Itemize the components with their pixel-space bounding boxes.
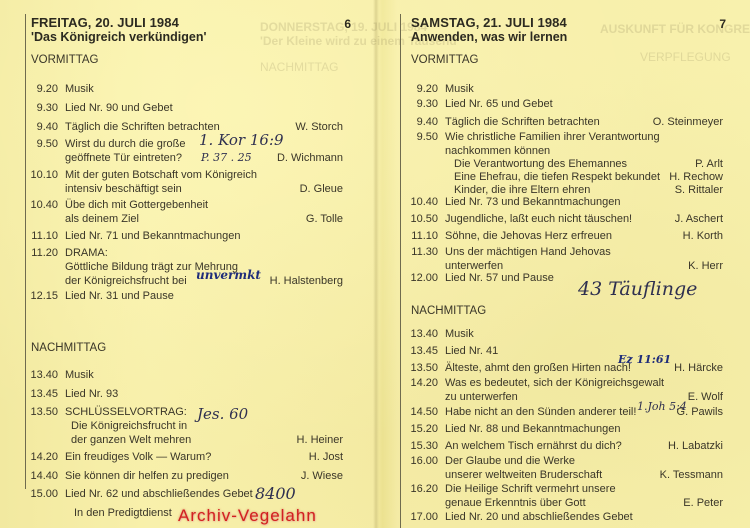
item-time: 11.20 <box>30 246 58 260</box>
item-description: Lied Nr. 90 und Gebet <box>65 101 173 115</box>
item-speaker: J. Wiese <box>301 469 343 483</box>
section-heading-morning: VORMITTAG <box>31 54 99 66</box>
handwritten-note: Ez 11:61 <box>618 353 671 366</box>
item-description: Musik <box>445 82 474 96</box>
item-speaker: E. Peter <box>683 496 723 510</box>
item-time: 11.10 <box>410 229 438 243</box>
item-description: An welchem Tisch ernährst du dich? <box>445 439 622 453</box>
item-description: Die Königreichsfrucht in <box>65 419 191 433</box>
item-speaker: H. Härcke <box>674 361 723 375</box>
item-speaker: K. Herr <box>688 259 723 273</box>
item-time: 11.10 <box>30 229 58 243</box>
item-description: zu unterwerfen <box>445 390 664 404</box>
item-description: nachkommen können <box>445 144 660 158</box>
section-heading-morning: VORMITTAG <box>411 54 479 66</box>
item-speaker: W. Storch <box>295 120 343 134</box>
item-time: 13.45 <box>410 344 438 358</box>
item-description: Übe dich mit Gottergebenheit <box>65 198 208 212</box>
handwritten-note: 1.Joh 5:4 <box>637 400 687 413</box>
item-description: Habe nicht an den Sünden anderer teil! <box>445 405 636 419</box>
item-time: 13.40 <box>410 327 438 341</box>
item-time: 13.45 <box>30 387 58 401</box>
handwritten-note: 1. Kor 16:9 <box>199 131 284 149</box>
item-speaker: J. Aschert <box>675 212 723 226</box>
subpart-speaker: S. Rittaler <box>675 183 723 197</box>
item-time: 12.15 <box>30 289 58 303</box>
item-description: als deinem Ziel <box>65 212 208 226</box>
item-description: Lied Nr. 31 und Pause <box>65 289 174 303</box>
item-speaker: G. Tolle <box>306 212 343 226</box>
item-description: Mit der guten Botschaft vom Königreich <box>65 168 257 182</box>
page-header: FREITAG, 20. JULI 1984 'Das Königreich v… <box>31 15 351 45</box>
item-description: Wie christliche Familien ihrer Verantwor… <box>445 130 660 144</box>
item-description: Lied Nr. 57 und Pause <box>445 271 554 285</box>
item-time: 14.20 <box>30 450 58 464</box>
item-time: 15.00 <box>30 487 58 501</box>
item-time: 13.50 <box>410 361 438 375</box>
page-rule <box>25 14 26 489</box>
item-description: intensiv beschäftigt sein <box>65 182 257 196</box>
item-description: Lied Nr. 62 und abschließendes Gebet <box>65 487 253 501</box>
item-description: Was es bedeutet, sich der Königreichsgew… <box>445 376 664 390</box>
handwritten-note: unvermkt <box>196 268 261 282</box>
item-time: 14.50 <box>410 405 438 419</box>
item-speaker: H. Korth <box>683 229 723 243</box>
item-time: 17.00 <box>410 510 438 524</box>
page-rule <box>400 14 401 528</box>
subpart-title: Die Verantwortung des Ehemannes <box>454 157 627 171</box>
page-subtitle: Anwenden, was wir lernen <box>411 30 726 45</box>
item-speaker: H. Heiner <box>297 433 343 447</box>
item-time: 9.30 <box>30 101 58 115</box>
item-description: Lied Nr. 41 <box>445 344 498 358</box>
page-number: 6 <box>344 17 351 31</box>
item-time: 15.20 <box>410 422 438 436</box>
item-time: 9.20 <box>30 82 58 96</box>
item-speaker: K. Tessmann <box>660 468 723 482</box>
item-time: 10.40 <box>30 198 58 212</box>
item-time: 11.30 <box>410 245 438 259</box>
item-description: Lied Nr. 20 und abschließendes Gebet <box>445 510 633 524</box>
handwritten-note: P. 37 . 25 <box>201 151 252 164</box>
section-heading-afternoon: NACHMITTAG <box>31 342 106 354</box>
item-time: 9.50 <box>30 137 58 151</box>
subpart-title: Kinder, die ihre Eltern ehren <box>454 183 590 197</box>
item-time: 15.30 <box>410 439 438 453</box>
item-description: Ein freudiges Volk — Warum? <box>65 450 211 464</box>
page-subtitle: 'Das Königreich verkündigen' <box>31 30 351 45</box>
item-description: Jugendliche, laßt euch nicht täuschen! <box>445 212 632 226</box>
item-time: 13.40 <box>30 368 58 382</box>
item-time: 9.40 <box>410 115 438 129</box>
item-speaker: H. Labatzki <box>668 439 723 453</box>
item-description: Der Glaube und die Werke <box>445 454 602 468</box>
item-time: 16.20 <box>410 482 438 496</box>
item-description: Lied Nr. 71 und Bekanntmachungen <box>65 229 241 243</box>
page-number: 7 <box>719 17 726 31</box>
item-description: der ganzen Welt mehren <box>65 433 191 447</box>
subpart-speaker: H. Rechow <box>669 170 723 184</box>
left-page: FREITAG, 20. JULI 1984 'Das Königreich v… <box>0 0 375 528</box>
item-description: Die Heilige Schrift vermehrt unsere <box>445 482 616 496</box>
item-speaker: H. Jost <box>309 450 343 464</box>
page-title: SAMSTAG, 21. JULI 1984 <box>411 15 726 30</box>
handwritten-note: Jes. 60 <box>197 405 248 423</box>
page-header: SAMSTAG, 21. JULI 1984 Anwenden, was wir… <box>411 15 726 45</box>
item-description: Wirst du durch die große <box>65 137 185 151</box>
item-time: 16.00 <box>410 454 438 468</box>
item-description: Söhne, die Jehovas Herz erfreuen <box>445 229 612 243</box>
item-time: 10.10 <box>30 168 58 182</box>
item-description: Lied Nr. 65 und Gebet <box>445 97 553 111</box>
item-description: Lied Nr. 73 und Bekanntmachungen <box>445 195 621 209</box>
item-time: 14.20 <box>410 376 438 390</box>
watermark: Archiv-Vegelahn <box>178 506 317 526</box>
item-description: SCHLÜSSELVORTRAG: <box>65 405 191 419</box>
item-description: Sie können dir helfen zu predigen <box>65 469 229 483</box>
subpart-speaker: P. Arlt <box>695 157 723 171</box>
subpart-title: Eine Ehefrau, die tiefen Respekt bekunde… <box>454 170 660 184</box>
right-page: SAMSTAG, 21. JULI 1984 Anwenden, was wir… <box>375 0 750 528</box>
item-speaker: E. Wolf <box>688 390 723 404</box>
item-time: 9.50 <box>410 130 438 144</box>
item-description: DRAMA: <box>65 246 238 260</box>
item-description: Uns der mächtigen Hand Jehovas <box>445 245 611 259</box>
item-description: Älteste, ahmt den großen Hirten nach! <box>445 361 631 375</box>
item-description: genaue Erkenntnis über Gott <box>445 496 616 510</box>
item-description: Musik <box>65 368 94 382</box>
item-description: geöffnete Tür eintreten? <box>65 151 185 165</box>
item-time: 9.40 <box>30 120 58 134</box>
item-speaker: D. Gleue <box>300 182 343 196</box>
item-description: Lied Nr. 93 <box>65 387 118 401</box>
item-description: Musik <box>65 82 94 96</box>
item-description: Lied Nr. 88 und Bekanntmachungen <box>445 422 621 436</box>
section-heading-afternoon: NACHMITTAG <box>411 305 486 317</box>
item-time: 9.20 <box>410 82 438 96</box>
item-time: 10.40 <box>410 195 438 209</box>
item-time: 12.00 <box>410 271 438 285</box>
item-speaker: H. Halstenberg <box>270 274 343 288</box>
item-description: Täglich die Schriften betrachten <box>445 115 600 129</box>
item-speaker: O. Steinmeyer <box>653 115 723 129</box>
item-time: 14.40 <box>30 469 58 483</box>
item-time: 13.50 <box>30 405 58 419</box>
page-title: FREITAG, 20. JULI 1984 <box>31 15 351 30</box>
item-time: 9.30 <box>410 97 438 111</box>
item-speaker: D. Wichmann <box>277 151 343 165</box>
item-time: 10.50 <box>410 212 438 226</box>
handwritten-note: 8400 <box>255 484 296 503</box>
item-description: Musik <box>445 327 474 341</box>
item-description: Täglich die Schriften betrachten <box>65 120 220 134</box>
item-description: unserer weltweiten Bruderschaft <box>445 468 602 482</box>
handwritten-note: 43 Täuflinge <box>578 278 697 300</box>
